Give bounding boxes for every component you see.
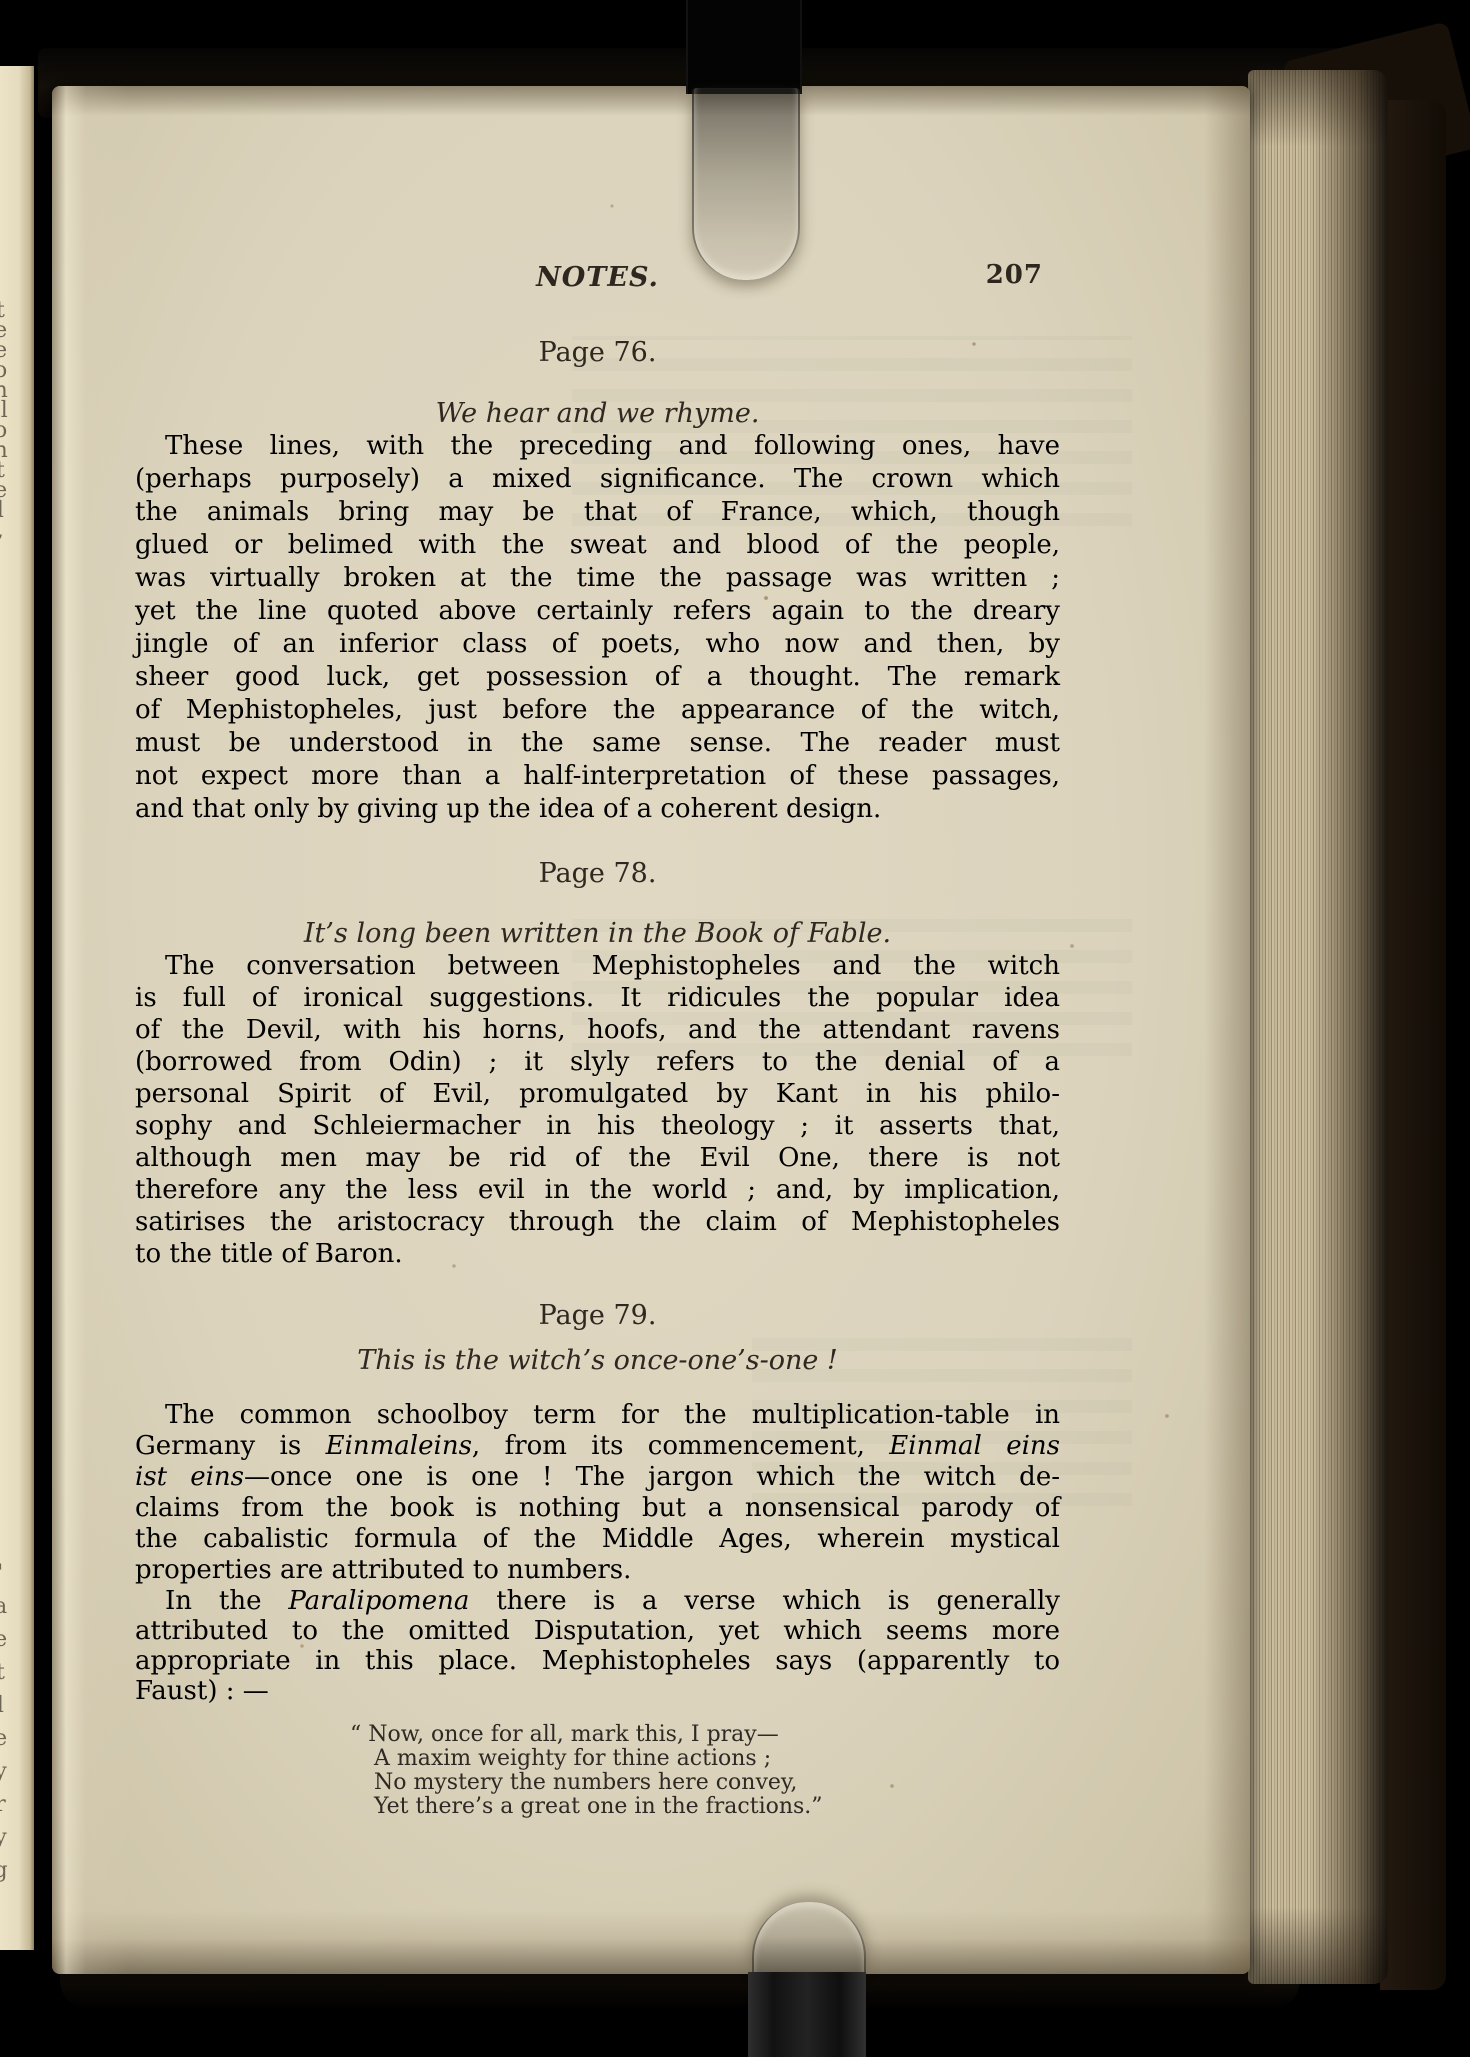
body-line: of the Devil, with his horns, hoofs, and…: [135, 1014, 1060, 1046]
cradle-strap-top: [686, 0, 802, 94]
body-line: sheer good luck, get possession of a tho…: [135, 661, 1060, 694]
body-line: attributed to the omitted Disputation, y…: [135, 1616, 1060, 1646]
body-line: Germany is Einmaleins, from its commence…: [135, 1431, 1060, 1462]
body-line: glued or belimed with the sweat and bloo…: [135, 529, 1060, 562]
facing-page-edge-strip: teeonllohtel,'aetleyryg: [0, 66, 34, 1950]
section-heading: Page 79.: [135, 1300, 1060, 1331]
body-line: the animals bring may be that of France,…: [135, 496, 1060, 529]
book-scan-photo: teeonllohtel,'aetleyryg NOTES. 207 Page …: [0, 0, 1470, 2057]
paragraph: The common schoolboy term for the multip…: [135, 1400, 1060, 1586]
body-line: yet the line quoted above certainly refe…: [135, 595, 1060, 628]
book-cover-right-edge: [1380, 100, 1446, 1990]
margin-letter: ': [0, 1561, 3, 1586]
body-line: the cabalistic formula of the Middle Age…: [135, 1524, 1060, 1555]
cradle-strap-bottom: [748, 1972, 866, 2057]
body-line: and that only by giving up the idea of a…: [135, 793, 1060, 826]
body-line: claims from the book is nothing but a no…: [135, 1493, 1060, 1524]
body-line: In the Paralipomena there is a verse whi…: [135, 1586, 1060, 1616]
margin-letter: y: [0, 1825, 7, 1850]
body-line: was virtually broken at the time the pas…: [135, 562, 1060, 595]
margin-letter: e: [0, 1627, 7, 1652]
body-line: is full of ironical suggestions. It ridi…: [135, 982, 1060, 1014]
page-top-shadow: [52, 86, 1250, 116]
body-line: (borrowed from Odin) ; it slyly refers t…: [135, 1046, 1060, 1078]
body-line: Faust) : —: [135, 1676, 1060, 1706]
body-line: satirises the aristocracy through the cl…: [135, 1206, 1060, 1238]
section-heading: Page 76.: [135, 337, 1060, 368]
section-catchline: This is the witch’s once-one’s-one !: [135, 1345, 1060, 1376]
body-line: not expect more than a half-interpretati…: [135, 760, 1060, 793]
running-head: NOTES.: [135, 262, 1060, 293]
verse-line: A maxim weighty for thine actions ;: [374, 1747, 894, 1771]
body-line: personal Spirit of Evil, promulgated by …: [135, 1078, 1060, 1110]
body-line: appropriate in this place. Mephistophele…: [135, 1646, 1060, 1676]
book-page: NOTES. 207 Page 76.We hear and we rhyme.…: [52, 86, 1250, 1974]
section-heading: Page 78.: [135, 858, 1060, 889]
margin-letter: e: [0, 1726, 7, 1751]
page-bottom-shadow: [52, 1910, 1250, 1974]
margin-letter: l: [0, 1693, 4, 1718]
margin-letter: r: [0, 1792, 6, 1817]
book-cover-bottom-edge: [60, 1968, 1300, 2010]
body-line: The common schoolboy term for the multip…: [135, 1400, 1060, 1431]
body-line: although men may be rid of the Evil One,…: [135, 1142, 1060, 1174]
margin-letter: g: [0, 1858, 8, 1883]
body-line: sophy and Schleiermacher in his theology…: [135, 1110, 1060, 1142]
body-line: properties are attributed to numbers.: [135, 1555, 1060, 1586]
verse-line: No mystery the numbers here convey,: [374, 1771, 894, 1795]
page-header: NOTES. 207: [135, 262, 1060, 298]
body-line: The conversation between Mephistopheles …: [135, 950, 1060, 982]
body-line: must be understood in the same sense. Th…: [135, 727, 1060, 760]
body-line: These lines, with the preceding and foll…: [135, 430, 1060, 463]
body-line: to the title of Baron.: [135, 1238, 1060, 1270]
page-gutter-highlight: [52, 86, 130, 1974]
verse-quotation: “ Now, once for all, mark this, I pray—A…: [374, 1723, 894, 1819]
body-line: of Mephistopheles, just before the appea…: [135, 694, 1060, 727]
verse-line: “ Now, once for all, mark this, I pray—: [374, 1723, 894, 1747]
body-line: (perhaps purposely) a mixed significance…: [135, 463, 1060, 496]
page-block-fore-edge: [1248, 70, 1388, 1984]
margin-letter: t: [0, 1660, 5, 1685]
paragraph: In the Paralipomena there is a verse whi…: [135, 1586, 1060, 1706]
folio-page-number: 207: [986, 260, 1043, 290]
page-right-shadow: [1204, 86, 1250, 1974]
section-catchline: We hear and we rhyme.: [135, 398, 1060, 429]
paragraph: These lines, with the preceding and foll…: [135, 430, 1060, 826]
body-line: ist eins—once one is one ! The jargon wh…: [135, 1462, 1060, 1493]
section-catchline: It’s long been written in the Book of Fa…: [135, 918, 1060, 949]
verse-line: Yet there’s a great one in the fractions…: [374, 1795, 894, 1819]
margin-letter: y: [0, 1759, 7, 1784]
margin-letter: ,: [0, 518, 4, 543]
body-line: therefore any the less evil in the world…: [135, 1174, 1060, 1206]
body-line: jingle of an inferior class of poets, wh…: [135, 628, 1060, 661]
cradle-strap-top-tip: [692, 88, 800, 280]
margin-letter: a: [0, 1594, 7, 1619]
paragraph: The conversation between Mephistopheles …: [135, 950, 1060, 1270]
